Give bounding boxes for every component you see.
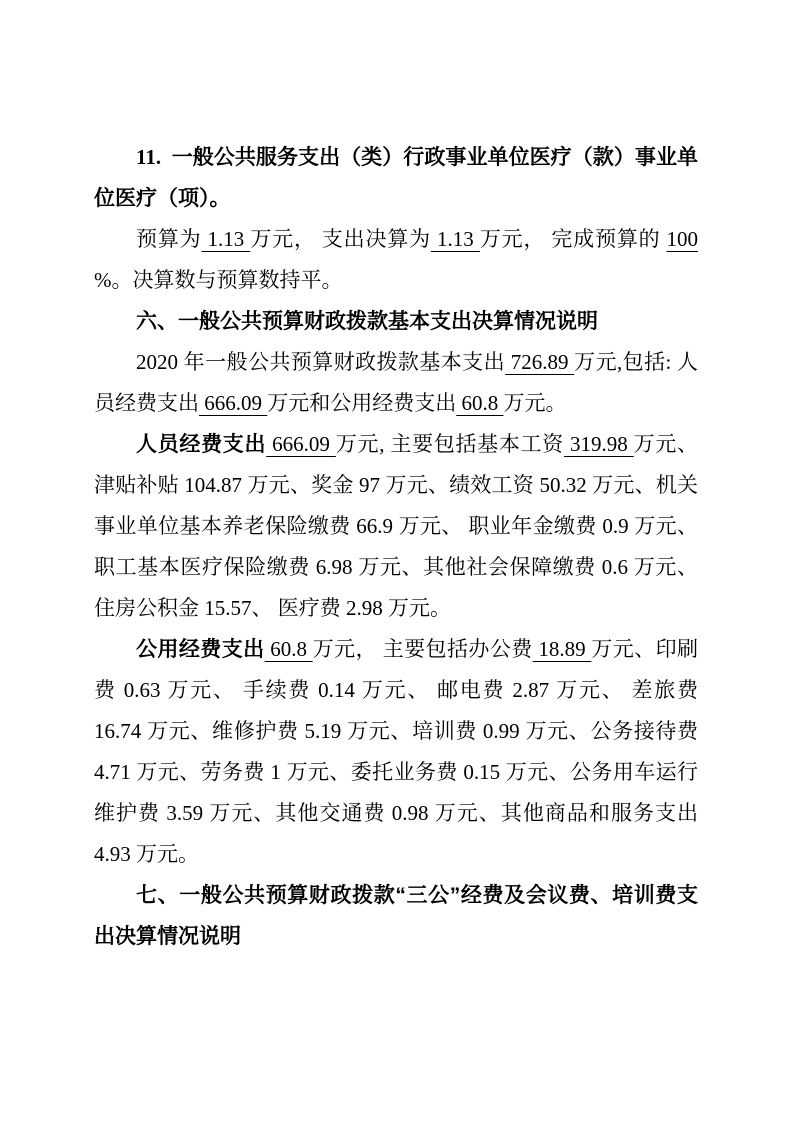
text-run: 60.8 (456, 391, 503, 415)
text-run: 666.09 (199, 391, 267, 415)
text-run: 60.8 (265, 637, 313, 661)
text-run: 六、一般公共预算财政拨款基本支出决算情况说明 (136, 310, 598, 333)
text-run: 100 (667, 227, 699, 251)
text-run: %。决算数与预算数持平。 (94, 268, 343, 292)
text-run: 万元和公用经费支出 (267, 391, 456, 415)
text-run: 预算为 (136, 227, 201, 251)
para-item-11-figures: 预算为 1.13 万元， 支出决算为 1.13 万元， 完成预算的 100 %。… (94, 219, 698, 301)
document-body: 11. 一般公共服务支出（类）行政事业单位医疗（款）事业单位医疗（项）。预算为 … (94, 137, 698, 957)
text-run: 七、一般公共预算财政拨款“三公”经费及会议费、培训费支出决算情况说明 (94, 884, 698, 948)
para-personnel-expenditure: 人员经费支出 666.09 万元, 主要包括基本工资 319.98 万元、津贴补… (94, 424, 698, 629)
text-run: 万元， 完成预算的 (480, 227, 667, 251)
heading-item-11: 11. 一般公共服务支出（类）行政事业单位医疗（款）事业单位医疗（项）。 (94, 137, 698, 219)
text-run: 1.13 (431, 227, 480, 251)
text-run: 319.98 (564, 432, 634, 456)
text-run: 人员经费支出 (136, 432, 266, 456)
text-run: 11. 一般公共服务支出（类）行政事业单位医疗（款）事业单位医疗（项）。 (94, 145, 698, 210)
heading-section-seven: 七、一般公共预算财政拨款“三公”经费及会议费、培训费支出决算情况说明 (94, 875, 698, 957)
text-run: 18.89 (533, 637, 592, 661)
heading-section-six: 六、一般公共预算财政拨款基本支出决算情况说明 (94, 301, 698, 342)
text-run: 2020 年一般公共预算财政拨款基本支出 (136, 350, 505, 374)
text-run: 万元。 (504, 391, 567, 415)
text-run: 万元， 主要包括办公费 (313, 637, 533, 661)
text-run: 万元， 支出决算为 (250, 227, 431, 251)
text-run: 666.09 (266, 432, 336, 456)
text-run: 万元, 主要包括基本工资 (336, 432, 564, 456)
para-public-expenditure: 公用经费支出 60.8 万元， 主要包括办公费 18.89 万元、印刷费 0.6… (94, 629, 698, 875)
text-run: 726.89 (505, 350, 574, 374)
text-run: 公用经费支出 (136, 637, 265, 661)
text-run: 1.13 (201, 227, 250, 251)
para-basic-expenditure-total: 2020 年一般公共预算财政拨款基本支出 726.89 万元,包括: 人员经费支… (94, 342, 698, 424)
text-run: 万元、印刷费 0.63 万元、 手续费 0.14 万元、 邮电费 2.87 万元… (94, 637, 698, 866)
text-run: 万元、津贴补贴 104.87 万元、奖金 97 万元、绩效工资 50.32 万元… (94, 432, 698, 620)
document-page: 11. 一般公共服务支出（类）行政事业单位医疗（款）事业单位医疗（项）。预算为 … (0, 0, 793, 1122)
